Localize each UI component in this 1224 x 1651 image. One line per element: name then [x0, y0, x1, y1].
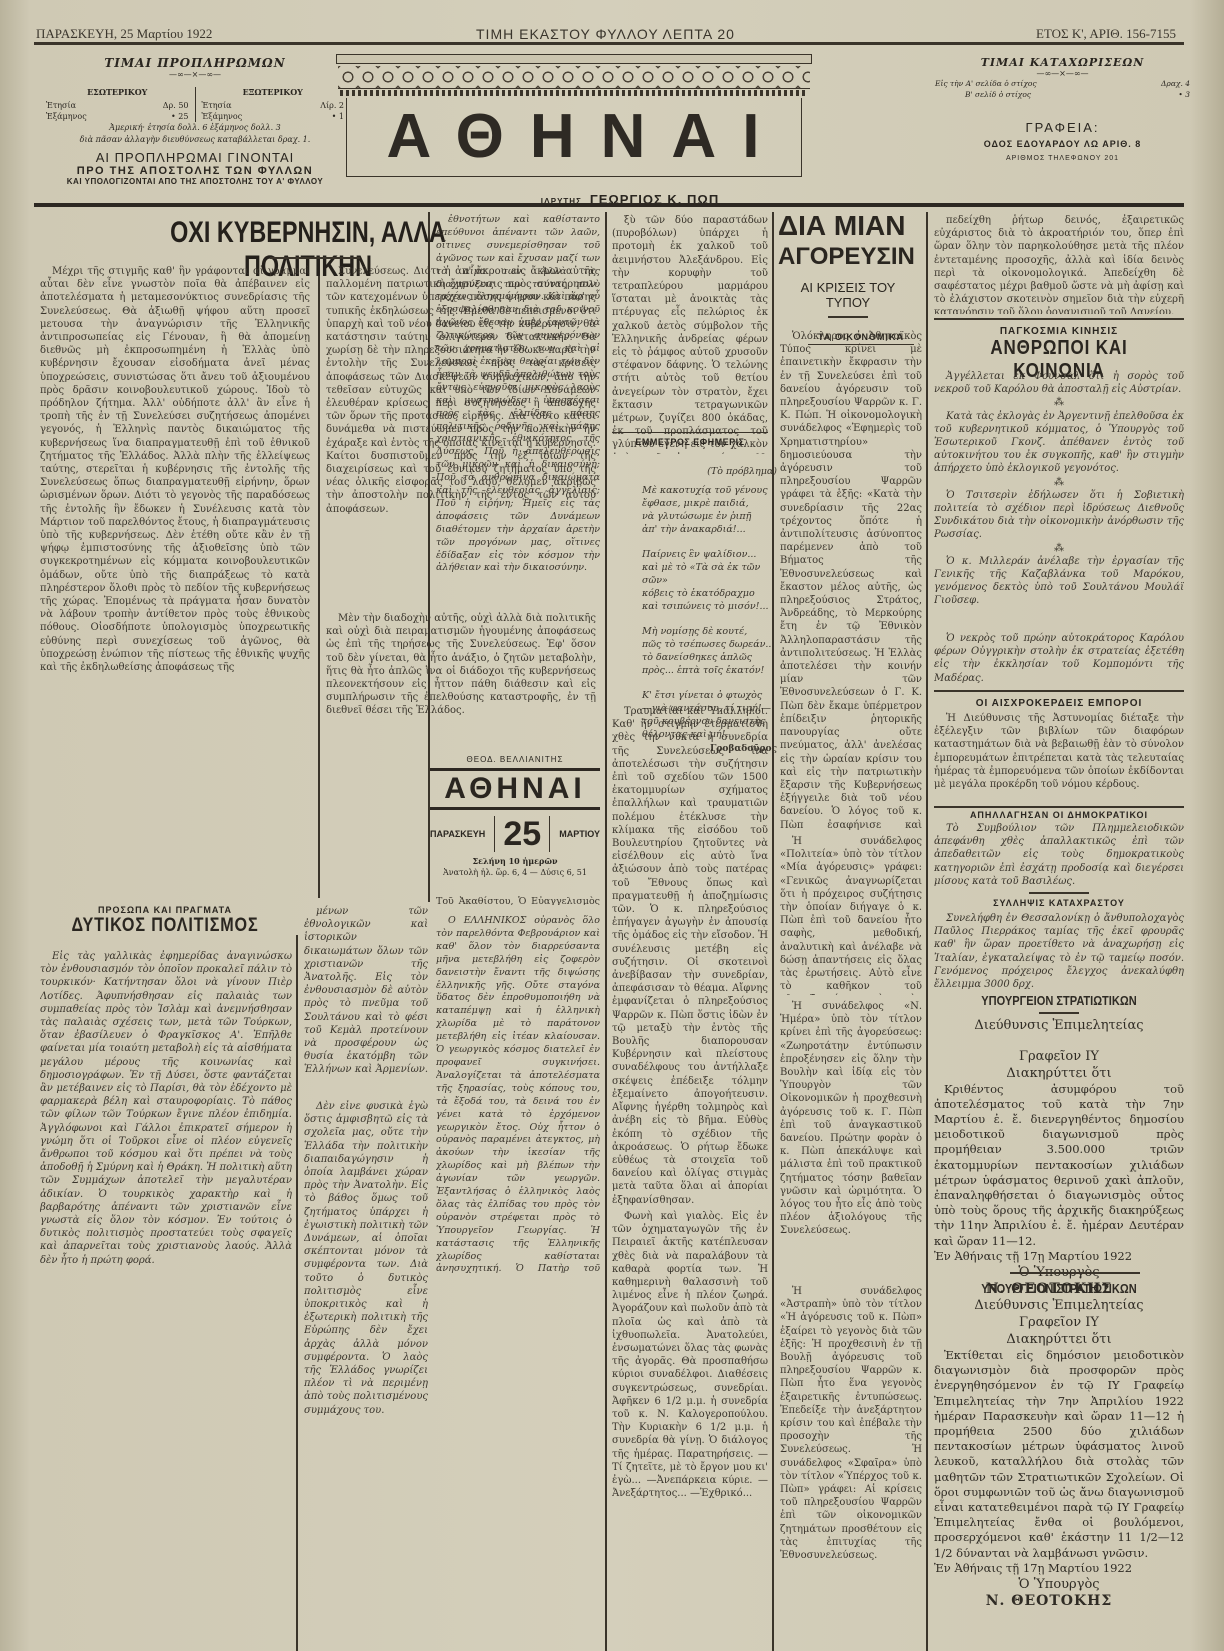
headline-part2: ΑΓΟΡΕΥΣΙΝ — [778, 242, 912, 272]
politismos-col1: Εἰς τὰς γαλλικὰς ἐφημερίδας ἀναγινώσκω τ… — [40, 950, 292, 1645]
office: Γραφεῖον ΙΥ — [934, 1048, 1184, 1065]
profiteers-section: ΟΙ ΑΙΣΧΡΟΚΕΡΔΕΙΣ ΕΜΠΟΡΟΙ — [934, 690, 1184, 709]
office-address: ΟΔΟΣ ΕΔΟΥΑΡΔΟΥ ΛΩ ΑΡΙΘ. 8 — [935, 139, 1190, 149]
moon-phase: Σελήνη 10 ἡμερῶν — [430, 856, 600, 866]
ministry-notice-1: ΥΠΟΥΡΓΕΙΟΝ ΣΤΡΑΤΙΩΤΙΚΩΝ Διεύθυνσις Ἐπιμε… — [934, 992, 1184, 1298]
ministry-notice-2: ΥΠΟΥΡΓΕΙΟΝ ΣΤΡΑΤΙΩΤΙΚΩΝ Διεύθυνσις Ἐπιμε… — [934, 1280, 1184, 1610]
column-divider — [605, 212, 607, 1651]
nameplate-box: ΑΘΗΝΑΙ — [346, 98, 802, 177]
price-line: ΤΙΜΗ ΕΚΑΣΤΟΥ ΦΥΛΛΟΥ ΛΕΠΤΑ 20 — [476, 26, 735, 42]
embezzler-section: ΣΥΛΛΗΨΙΣ ΚΑΤΑΧΡΑΣΤΟΥ — [934, 892, 1184, 908]
poem-stanza: Μὲ κακοτυχίᾳ τοῦ γένους ἔφθασε, μικρὲ πα… — [642, 484, 777, 536]
issue-date: ΠΑΡΑΣΚΕΥΗ, 25 Μαρτίου 1922 — [36, 26, 212, 42]
headline-part1: ΔΙΑ ΜΙΑΝ — [778, 210, 918, 242]
column-divider — [296, 935, 298, 1651]
poem-stanza: Παίρνεις ἓν ψαλίδιον... καὶ μὲ τὸ «Τὰ σὰ… — [642, 548, 777, 613]
world-news-items: Ἀγγέλλεται ἐκ Φουνσὰλ ὅτι ἡ σορὸς τοῦ νε… — [934, 370, 1184, 630]
advertising-box: ΤΙΜΑΙ ΚΑΤΑΧΩΡΙΣΕΩΝ —∞—×—∞— Εἰς τὴν Α' σε… — [935, 56, 1190, 162]
weather-article: Ο ΕΛΛΗΝΙΚΟΣ οὐρανὸς ὅλο τὸν παρελθόντα Φ… — [436, 915, 600, 1275]
newspaper-name: ΑΘΗΝΑΙ — [347, 102, 801, 172]
harbor-article: Φωνὴ καὶ γιαλὸς. Εἰς ἐν τῶν ὀχηματαγωγῶν… — [612, 1210, 768, 1645]
ornament-divider: —∞—×—∞— — [935, 69, 1190, 78]
subscription-box: ΤΙΜΑΙ ΠΡΟΠΛΗΡΩΜΩΝ —∞—×—∞— ΕΣΩΤΕΡΙΚΟΥ Ἐτη… — [40, 56, 350, 186]
dia-mian-continued: πεδείχθη ῥήτωρ δεινός, ἐξαιρετικῶς εὐχάρ… — [934, 214, 1184, 314]
politismos-col2b: Δὲν εἶνε φυσικὰ ἐγὼ ὅστις ἀμφισβητῶ εἰς … — [304, 1100, 428, 1645]
world-news-item: Ὁ νεκρὸς τοῦ πρώην αὐτοκράτορος Καρόλου … — [934, 632, 1184, 692]
dia-mian-col2: Ἡ συνάδελφος «Πολιτεία» ὑπὸ τὸν τίτλον «… — [780, 835, 922, 995]
cornice-ornament — [336, 54, 812, 64]
main-article-col3: ἐθνοτήτων καὶ καθίσταντο ἐπεύθυνοι ἀπένα… — [436, 214, 600, 744]
dia-mian-col3: Ἡ συνάδελφος «Ν. Ἡμέρα» ὑπὸ τὸν τίτλον κ… — [780, 1000, 922, 1280]
headline-subtitle: ΑΙ ΚΡΙΣΕΙΣ ΤΟΥ ΤΥΠΟΥ — [778, 280, 918, 310]
subscription-title: ΤΙΜΑΙ ΠΡΟΠΛΗΡΩΜΩΝ — [40, 56, 350, 70]
democrats-section: ΑΠΗΛΛΑΓΗΣΑΝ ΟΙ ΔΗΜΟΚΡΑΤΙΚΟΙ — [934, 806, 1184, 820]
directorate: Διεύθυνσις Ἐπιμελητείας — [934, 1017, 1184, 1034]
sunrise-sunset: Ἀνατολὴ ἡλ. ὥρ. 6, 4 — Δύσις 6, 51 — [430, 868, 600, 877]
issue-number: ΕΤΟΣ Κ', ΑΡΙΘ. 156-7155 — [1036, 26, 1176, 42]
section-headline: ΔΥΤΙΚΟΣ ΠΟΛΙΤΙΣΜΟΣ — [54, 915, 277, 937]
dia-mian-col4: Ἡ συνάδελφος «Ἀστραπὴ» ὑπὸ τὸν τίτλον «Ἡ… — [780, 1285, 922, 1645]
day-number: 25 — [494, 816, 550, 852]
masthead: ΑΘΗΝΑΙ — [336, 54, 812, 186]
dia-mian-col1: Ὁλόκληρος ὁ Ἀθηναϊκὸς Τύπος κρίνει μὲ ἐπ… — [780, 330, 922, 830]
column-divider — [772, 212, 774, 1651]
politismos-col2: μένων τῶν ἐθνολογικῶν καὶ ἱστορικῶν δικα… — [304, 905, 428, 1075]
foreign-rates: ΕΞΩΤΕΡΙΚΟΥ ἘτησίαΛίρ. 2 Ἑξάμηνος• 1 — [195, 87, 351, 122]
frieze-ornament — [338, 66, 810, 89]
date-box: ΘΕΟΔ. ΒΕΛΛΙΑΝΙΤΗΣ ΑΘΗΝΑΙ ΠΑΡΑΣΚΕΥΗ 25 ΜΑ… — [430, 755, 600, 877]
notice-date: Ἐν Ἀθήναις τῇ 17ῃ Μαρτίου 1922 — [934, 1249, 1184, 1264]
politismos-header: ΠΡΟΣΩΠΑ ΚΑΙ ΠΡΑΓΜΑΤΑ ΔΥΤΙΚΟΣ ΠΟΛΙΤΙΣΜΟΣ — [34, 905, 296, 937]
section-kicker: ΠΡΟΣΩΠΑ ΚΑΙ ΠΡΑΓΜΑΤΑ — [34, 905, 296, 915]
notice-divider — [1010, 1272, 1140, 1274]
notice-body: Κριθέντος ἀσυμφόρου τοῦ ἀποτελέσματος το… — [934, 1082, 1184, 1249]
offices-title: ΓΡΑΦΕΙΑ: — [935, 120, 1190, 135]
mini-newspaper-name: ΑΘΗΝΑΙ — [430, 768, 600, 810]
column-divider — [318, 258, 320, 898]
ornament-divider: —∞—×—∞— — [40, 70, 350, 79]
announcement: Διακηρύττει ὅτι — [934, 1065, 1184, 1082]
feast-day: Τοῦ Ἀκαθίστου, Ὁ Εὐαγγελισμὸς τῆς Θεοτόκ… — [436, 895, 600, 905]
newspaper-page: ΠΑΡΑΣΚΕΥΗ, 25 Μαρτίου 1922 ΤΙΜΗ ΕΚΑΣΤΟΥ … — [0, 0, 1224, 1651]
top-rule — [34, 42, 1184, 45]
wounded-article: Τραυματίαι καὶ Ὑπάλληλοι. Καθ' ἣν στιγμὴ… — [612, 705, 768, 1205]
article-author: ΘΕΟΔ. ΒΕΛΛΙΑΝΙΤΗΣ — [430, 755, 600, 764]
column-divider — [926, 212, 928, 1651]
header-rule — [34, 203, 1184, 207]
month: ΜΑΡΤΙΟΥ — [559, 829, 600, 839]
poem-stanza: Μὴ νομίσῃς δὲ κουτέ, πῶς τὸ τσέπωσες δωρ… — [642, 625, 777, 677]
dentil-ornament — [340, 90, 808, 96]
domestic-rates: ΕΣΩΤΕΡΙΚΟΥ ἘτησίαΔρ. 50 Ἑξάμηνος• 25 — [40, 87, 195, 122]
monument-article: ξὺ τῶν δύο παραστάδων (πυροβόλων) ὑπάρχε… — [612, 214, 768, 454]
weekday: ΠΑΡΑΣΚΕΥΗ — [430, 829, 485, 839]
dia-mian-header: ΔΙΑ ΜΙΑΝ ΑΓΟΡΕΥΣΙΝ ΑΙ ΚΡΙΣΕΙΣ ΤΟΥ ΤΥΠΟΥ … — [778, 210, 918, 345]
main-article-col1: Μέχρι τῆς στιγμῆς καθ' ἣν γράφονται αἱ γ… — [40, 265, 310, 880]
phone-number: ΑΡΙΘΜΟΣ ΤΗΛΕΦΩΝΟΥ 201 — [935, 155, 1190, 162]
ministry-name: ΥΠΟΥΡΓΕΙΟΝ ΣΤΡΑΤΙΩΤΙΚΩΝ — [953, 992, 1166, 1009]
poem-heading: ΕΜΜΕΤΡΟΣ ΕΦΗΜΕΡΙΣ — [612, 432, 768, 447]
